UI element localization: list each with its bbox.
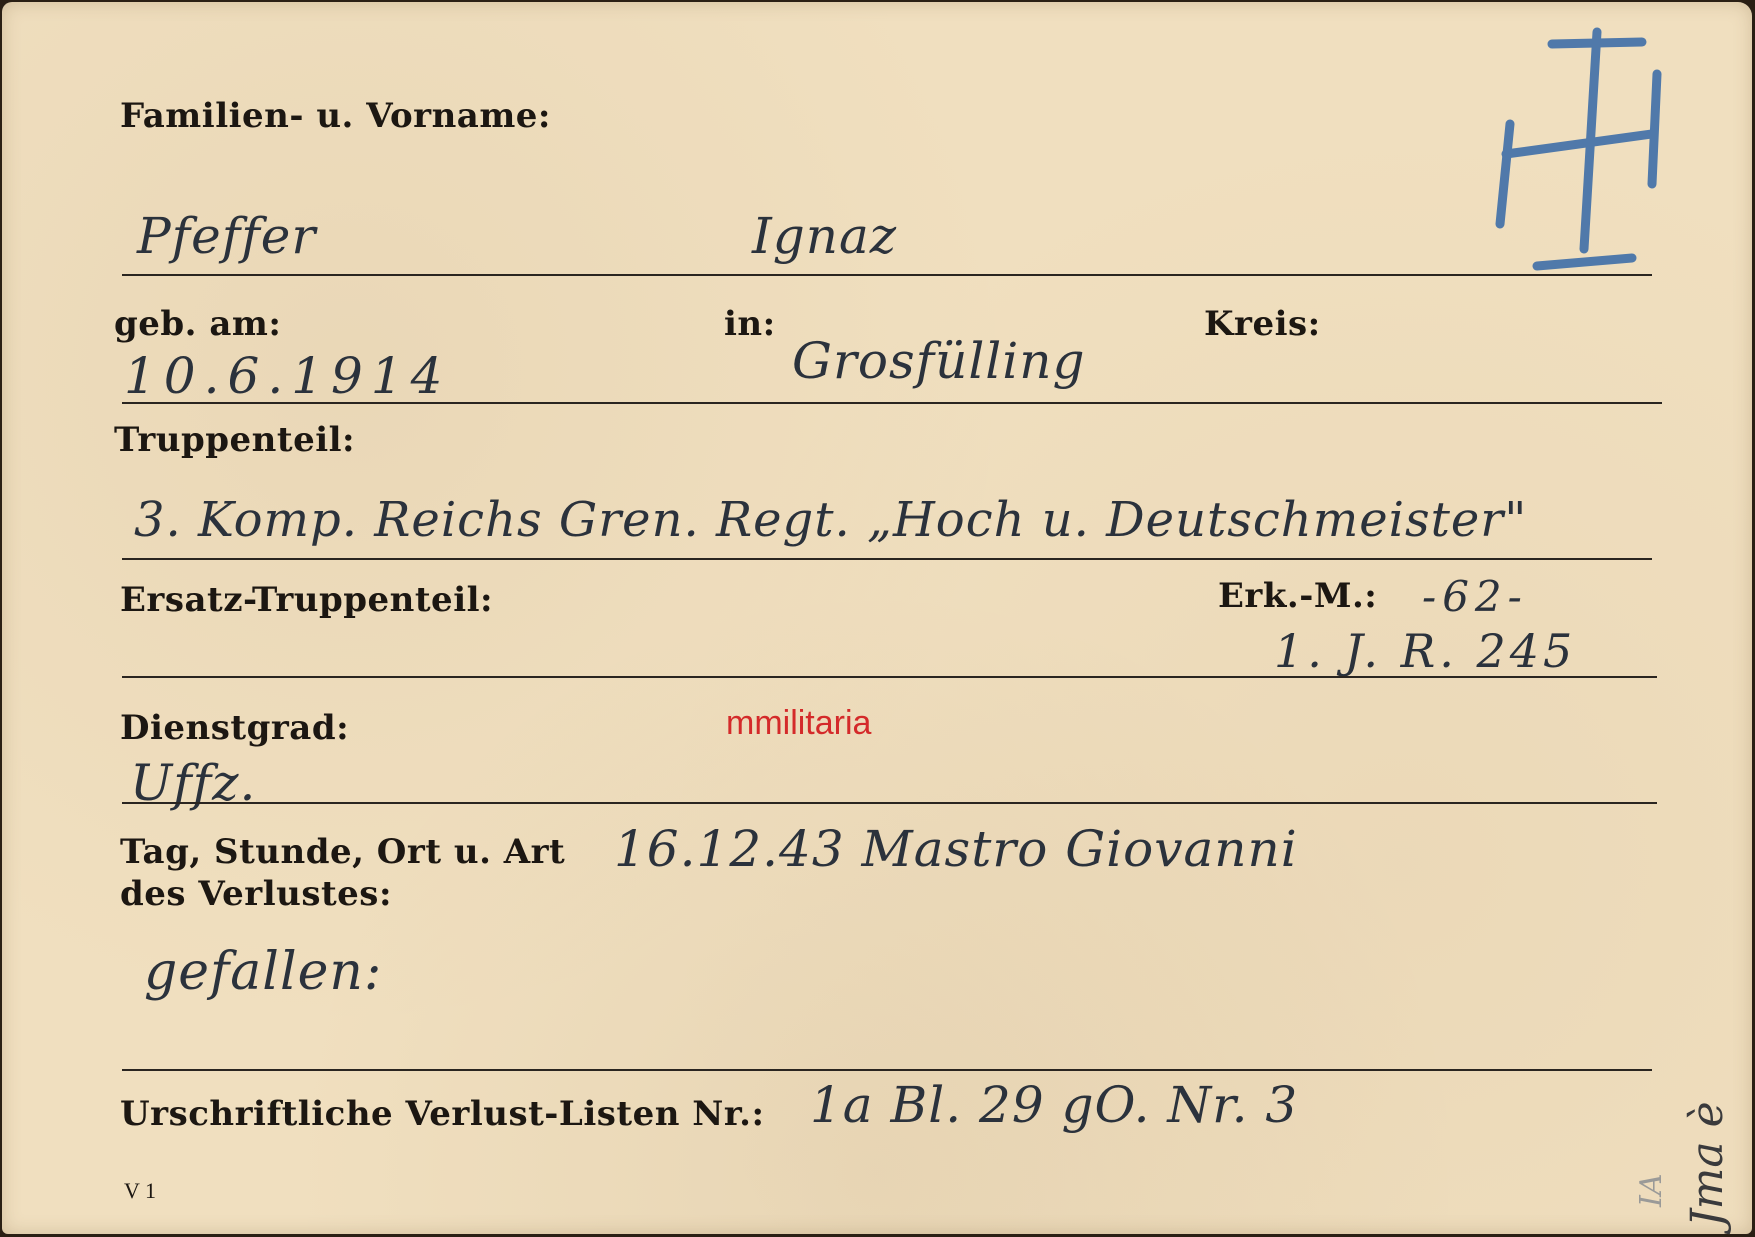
birth-place-value: Grosfülling xyxy=(792,332,1086,390)
index-card: Familien- u. Vorname: Pfeffer Ignaz geb.… xyxy=(2,2,1752,1234)
rank-label: Dienstgrad: xyxy=(120,708,349,748)
surname-value: Pfeffer xyxy=(137,207,316,265)
birth-date-label: geb. am: xyxy=(114,304,281,344)
rank-rule xyxy=(122,802,1657,804)
watermark-text: mmilitaria xyxy=(726,704,871,743)
name-label: Familien- u. Vorname: xyxy=(120,96,551,136)
loss-label-line1: Tag, Stunde, Ort u. Art xyxy=(120,832,565,872)
given-name-value: Ignaz xyxy=(752,207,897,265)
id-tag-label: Erk.-M.: xyxy=(1218,576,1377,616)
id-tag-value-line1: -62- xyxy=(1422,572,1528,621)
loss-value-line1: 16.12.43 Mastro Giovanni xyxy=(614,820,1298,878)
birth-date-value: 10.6.1914 xyxy=(124,347,450,405)
replacement-unit-label: Ersatz-Truppenteil: xyxy=(120,580,493,620)
loss-list-value: 1a Bl. 29 gO. Nr. 3 xyxy=(810,1076,1298,1134)
loss-list-label: Urschriftliche Verlust-Listen Nr.: xyxy=(120,1094,765,1134)
blue-cross-mark-icon xyxy=(1492,24,1682,284)
replacement-unit-rule xyxy=(122,676,1657,678)
loss-label-line2: des Verlustes: xyxy=(120,874,392,914)
id-tag-value-line2: 1. J. R. 245 xyxy=(1274,624,1576,678)
district-label: Kreis: xyxy=(1204,304,1321,344)
loss-value-line2: gefallen: xyxy=(144,942,382,1002)
margin-note-faint: IA xyxy=(1634,1173,1669,1207)
name-rule xyxy=(122,274,1652,276)
margin-note-dark: Jma è xyxy=(1682,1101,1733,1227)
birth-rule xyxy=(122,402,1662,404)
unit-rule xyxy=(122,558,1652,560)
loss-rule xyxy=(122,1069,1652,1071)
form-id: V 1 xyxy=(124,1178,156,1204)
unit-label: Truppenteil: xyxy=(114,420,355,460)
birth-place-label: in: xyxy=(724,304,776,344)
unit-value: 3. Komp. Reichs Gren. Regt. „Hoch u. Deu… xyxy=(134,492,1527,548)
